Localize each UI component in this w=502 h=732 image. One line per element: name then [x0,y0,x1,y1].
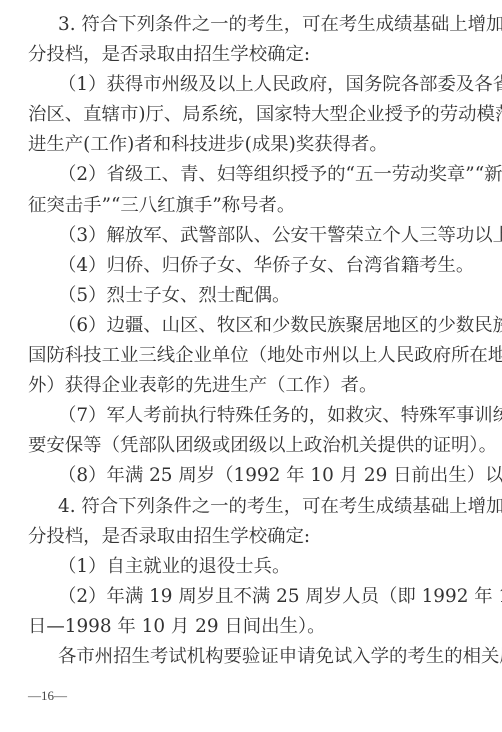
text-line: （3）解放军、武警部队、公安干警荣立个人三等功以上者。 [28,221,452,251]
text-line: （6）边疆、山区、牧区和少数民族聚居地区的少数民族考生， [28,311,452,341]
text-line: （8）年满 25 周岁（1992 年 10 月 29 日前出生）以上考生。 [28,461,452,491]
text-line: 3. 符合下列条件之一的考生，可在考生成绩基础上增加 20 [28,10,452,40]
page-number: —16— [28,688,67,704]
text-line: 外）获得企业表彰的先进生产（工作）者。 [28,371,452,401]
text-line: 要安保等（凭部队团级或团级以上政治机关提供的证明）。 [28,431,452,461]
text-line: （5）烈士子女、烈士配偶。 [28,281,452,311]
text-line: （2）省级工、青、妇等组织授予的“五一劳动奖章”“新长 [28,160,452,190]
text-line: 4. 符合下列条件之一的考生，可在考生成绩基础上增加 10 [28,492,452,522]
document-body: 3. 符合下列条件之一的考生，可在考生成绩基础上增加 20分投档，是否录取由招生… [28,10,452,672]
text-line: 征突击手”“三八红旗手”称号者。 [28,191,452,221]
text-line: 各市州招生考试机构要验证申请免试入学的考生的相关原始 [28,642,452,672]
text-line: 治区、直辖市)厅、局系统，国家特大型企业授予的劳动模范、先 [28,100,452,130]
text-line: （4）归侨、归侨子女、华侨子女、台湾省籍考生。 [28,251,452,281]
text-line: （7）军人考前执行特殊任务的，如救灾、特殊军事训练、重 [28,401,452,431]
text-line: （1）获得市州级及以上人民政府，国务院各部委及各省(自 [28,70,452,100]
text-line: 进生产(工作)者和科技进步(成果)奖获得者。 [28,130,452,160]
text-line: （1）自主就业的退役士兵。 [28,552,452,582]
text-line: 分投档，是否录取由招生学校确定: [28,522,452,552]
text-line: 国防科技工业三线企业单位（地处市州以上人民政府所在地的除 [28,341,452,371]
text-line: （2）年满 19 周岁且不满 25 周岁人员（即 1992 年 10 月 29 [28,582,452,612]
text-line: 分投档，是否录取由招生学校确定: [28,40,452,70]
text-line: 日—1998 年 10 月 29 日间出生）。 [28,612,452,642]
